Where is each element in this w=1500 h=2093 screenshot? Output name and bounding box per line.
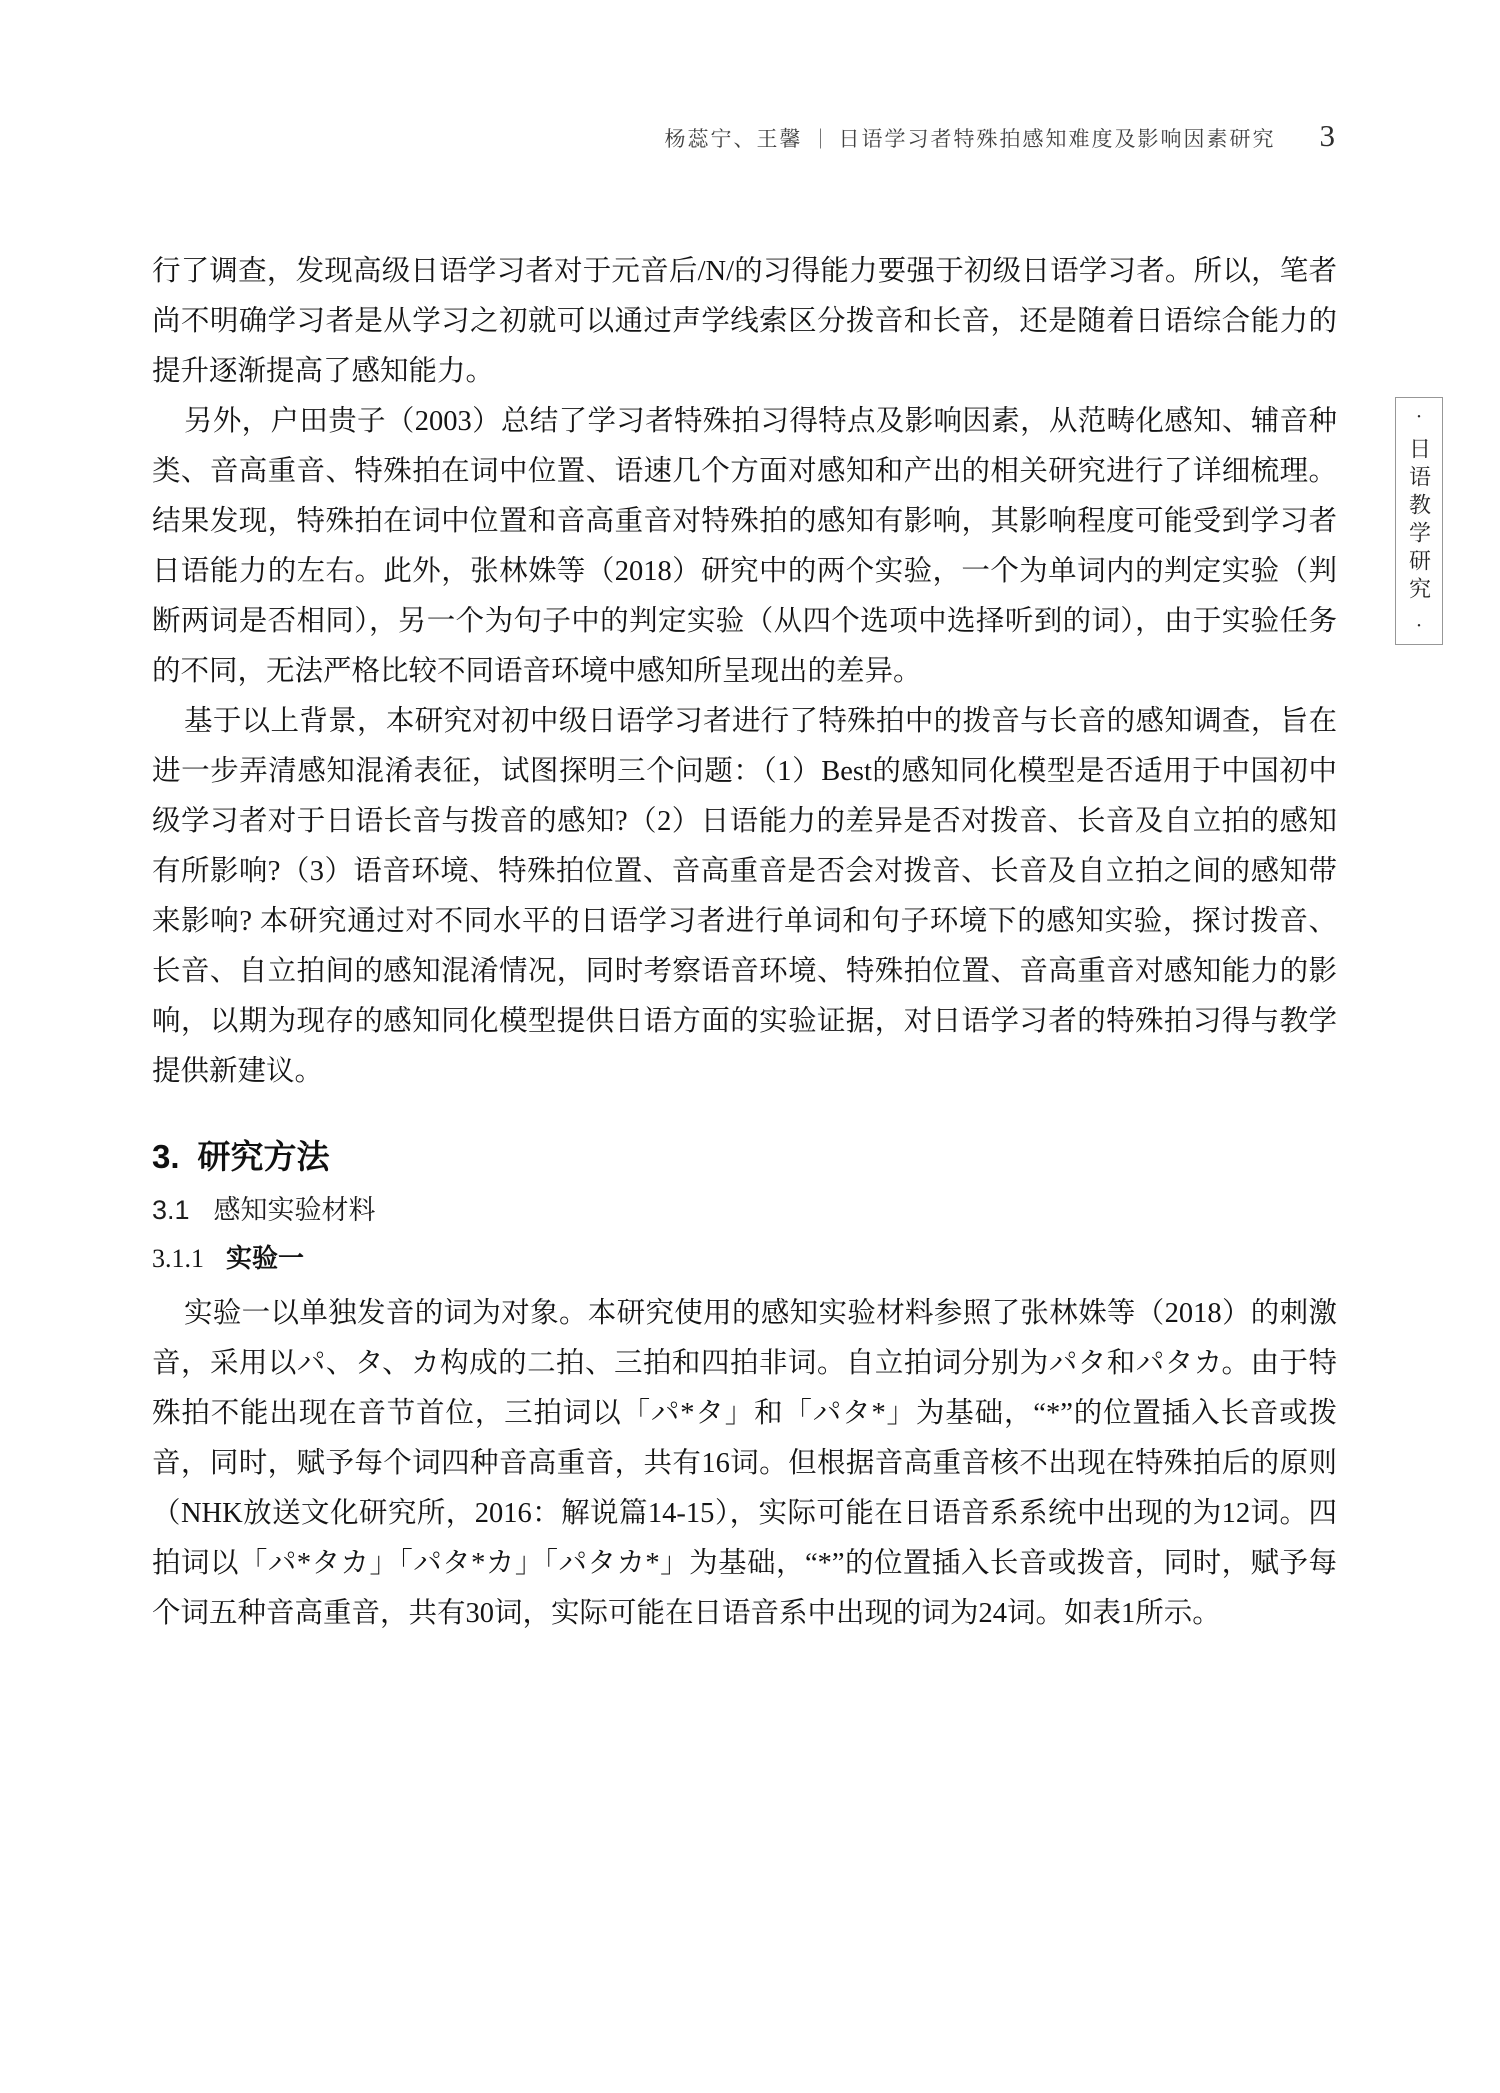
side-tag-top-dot: ・ xyxy=(1412,410,1425,423)
subsubsection-heading-number: 3.1.1 xyxy=(152,1237,204,1281)
subsection-heading-title: 感知实验材料 xyxy=(214,1189,376,1231)
header-separator: ｜ xyxy=(811,123,831,152)
document-page: 杨蕊宁、王馨 ｜ 日语学习者特殊拍感知难度及影响因素研究 3 ・ 日语教学研究 … xyxy=(0,0,1500,2093)
header-article-title: 日语学习者特殊拍感知难度及影响因素研究 xyxy=(839,123,1276,153)
subsection-heading: 3.1 感知实验材料 xyxy=(152,1189,1337,1231)
section-heading-number: 3. xyxy=(152,1135,180,1179)
paragraph: 实验一以单独发音的词为对象。本研究使用的感知实验材料参照了张林姝等（2018）的… xyxy=(152,1289,1337,1639)
paragraph: 基于以上背景，本研究对初中级日语学习者进行了特殊拍中的拨音与长音的感知调查，旨在… xyxy=(152,697,1337,1097)
subsubsection-heading: 3.1.1 实验一 xyxy=(152,1237,1337,1281)
side-tag-bottom-dot: ・ xyxy=(1412,619,1425,632)
header-authors: 杨蕊宁、王馨 xyxy=(665,123,803,153)
paragraph: 另外，户田贵子（2003）总结了学习者特殊拍习得特点及影响因素，从范畴化感知、辅… xyxy=(152,397,1337,697)
page-number: 3 xyxy=(1320,120,1336,151)
subsubsection-heading-title: 实验一 xyxy=(226,1237,304,1281)
section-side-tag: ・ 日语教学研究 ・ xyxy=(1395,397,1443,645)
section-heading-title: 研究方法 xyxy=(198,1135,330,1179)
running-head: 杨蕊宁、王馨 ｜ 日语学习者特殊拍感知难度及影响因素研究 3 xyxy=(150,120,1335,153)
section-heading: 3. 研究方法 xyxy=(152,1135,1337,1179)
paragraph-continuation: 行了调查，发现高级日语学习者对于元音后/N/的习得能力要强于初级日语学习者。所以… xyxy=(152,247,1337,397)
article-body: 行了调查，发现高级日语学习者对于元音后/N/的习得能力要强于初级日语学习者。所以… xyxy=(152,247,1337,1639)
subsection-heading-number: 3.1 xyxy=(152,1189,190,1231)
side-tag-label: 日语教学研究 xyxy=(1404,437,1435,605)
